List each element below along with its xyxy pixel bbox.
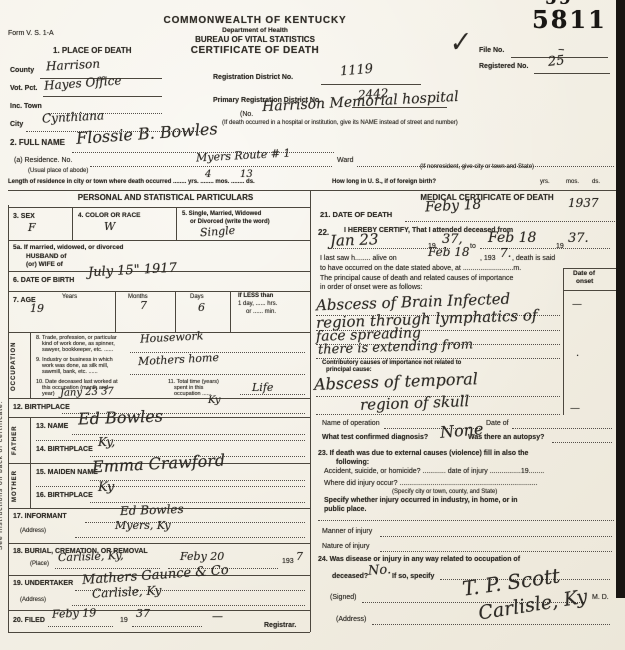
rule [512,428,612,429]
registration-district-label: Registration District No. [213,74,293,81]
header-line3: BUREAU OF VITAL STATISTICS [140,36,370,44]
filed-date-value: Feby 19 [52,607,97,620]
rule [380,551,612,552]
printed-193: , 193 [480,255,496,262]
informant-label: 17. INFORMANT [13,513,67,520]
onset-mark-2: · [576,352,579,362]
filed-label: 20. FILED [13,617,45,624]
mother-name-value: Emma Crawford [92,453,226,476]
birthplace-value: Ky [208,396,220,406]
occurred-line: to have occurred on the date stated abov… [320,265,521,272]
rule [230,291,231,332]
occ11-value: Life [252,382,273,393]
county-label: County [10,67,34,74]
date-of-death-year: 1937 [568,197,599,209]
md-label: M. D. [592,594,609,601]
rule [175,291,176,332]
rule [372,624,610,625]
residence-label: (a) Residence. No. [14,157,72,164]
full-name-value: Flossie B. Bowles [76,121,219,147]
registered-no-value: 25 [547,54,565,69]
serial-stamp: 5811 [532,5,607,34]
abode-note: (Usual place of abode) [28,168,88,174]
header-line2: Department of Health [140,28,370,35]
date-of-death-value: Feby 18 [425,198,482,215]
registrar-label: Registrar. [264,622,296,629]
rule [8,398,310,399]
marital-label-1: 5. Single, Married, Widowed [182,211,261,217]
onset-mark-1: — [572,300,582,310]
hospital-note: (If death occurred in a hospital or inst… [222,120,458,126]
rule [90,166,332,167]
age-days-header: Days [190,294,204,300]
hospital-value: Harrison Memorial hospital [262,90,459,114]
registrar-signature-scribble: — [212,611,223,622]
informant-address-value: Myers, Ky [115,520,171,531]
date-of-onset-label1: Date of [573,271,595,278]
operation-label: Name of operation [322,420,380,427]
rule [8,543,310,544]
filed-19-printed: 19 [120,617,128,624]
voting-precinct-value: Hayes Office [44,74,122,91]
registration-district-value: 1119 [339,63,373,79]
voting-precinct-label: Vot. Pct. [10,85,37,92]
manner-of-injury-label: Manner of injury [322,528,372,535]
ds-label: ds. [592,179,600,185]
yrs-label: yrs. [540,179,550,185]
burial-date-value: Feby 20 [180,551,224,562]
informant-value: Ed Bowles [120,503,184,517]
rule [563,268,616,269]
rule [8,632,310,633]
operation-date-label: Date of [486,420,509,427]
autopsy-label: Was there an autopsy? [468,434,544,441]
county-value: Harrison [46,58,101,73]
rule [72,207,73,240]
father-name-label: 13. NAME [36,423,68,430]
age-less-label1: If LESS than [238,293,273,299]
dob-label: 6. DATE OF BIRTH [13,277,74,284]
city-label: City [10,121,23,128]
father-birthplace-value: Ky, [98,436,115,448]
rule [72,605,305,606]
rule [48,626,113,627]
s23-line2: following: [336,459,369,466]
occupation-band: OCCUPATION [11,336,17,396]
rule [563,290,616,291]
rule [115,291,116,332]
signed-label: (Signed) [330,594,356,601]
age-less-label3: or ...... min. [246,309,276,315]
s23-line3: Accident, suicide, or homicide? ........… [324,468,544,475]
age-days-value: 6 [198,302,205,313]
attended-to-year: 37. [568,232,589,245]
occ10-label3: year) [42,392,55,398]
rule [380,536,612,537]
occ9-value: Mothers home [138,352,219,367]
rule [310,190,311,632]
to-label: to [470,243,476,250]
rule [176,207,177,240]
margin-note: See instructions on back of certificate. [0,340,4,610]
mother-name-label: 15. MAIDEN NAME [36,469,98,476]
rule [90,480,305,481]
rule [405,221,615,222]
last-saw-label: I last saw h........ alive on [320,255,397,262]
age-years-header: Years [62,294,77,300]
place-of-death-title: 1. PLACE OF DEATH [53,47,132,55]
burial-place-note: (Place) [30,561,49,567]
s5a-line2: HUSBAND of [26,254,66,261]
attended-to-value: Feb 18 [488,231,536,245]
rule [36,440,305,441]
rule [8,205,9,632]
rule [8,240,310,241]
color-race-value: W [104,221,115,232]
dob-value: July 15" 1917 [88,262,178,280]
sex-value: F [28,222,36,233]
age-less-label2: 1 day, ...... hrs. [238,301,277,307]
nature-of-injury-label: Nature of injury [322,543,369,550]
file-no-label: File No. [479,47,504,54]
undertaker-label: 19. UNDERTAKER [13,580,73,587]
onset-mark-3: — [570,404,580,414]
rule [318,520,614,521]
s24-no-value: No. [368,563,392,578]
s23-line6: Specify whether injury occurred in indus… [324,497,518,504]
left-column-title: PERSONAL AND STATISTICAL PARTICULARS [28,194,303,202]
age-months-value: 7 [140,300,147,311]
mother-birthplace-label: 16. BIRTHPLACE [36,492,93,499]
full-name-label: 2. FULL NAME [10,139,65,147]
s24-line1: 24. Was disease or injury in any way rel… [318,556,520,563]
rule [8,291,310,292]
s24-specify-label: If so, specify [392,573,434,580]
rule [8,207,310,208]
rule [552,442,612,443]
checkmark: ✓ [446,28,472,57]
s23-line5: (Specify city or town, county, and State… [392,489,497,495]
test-label: What test confirmed diagnosis? [322,434,428,441]
undertaker-address-value: Carlisle, Ky [92,584,162,600]
contributory-value1: Abscess of temporal [314,371,478,393]
cause-line4: there is extending from [318,338,473,356]
header-line1: COMMONWEALTH OF KENTUCKY [140,16,370,26]
burial-place-value: Carlisle, Ky, [58,550,124,563]
attended-from-value: Jan 23 [330,232,379,249]
last-saw-year: 7. [500,247,511,259]
registered-no-label: Registered No. [479,63,528,70]
undertaker-address-label: (Address) [20,597,46,603]
rule [8,190,616,191]
rule [316,414,560,415]
mother-birthplace-value: Ky [98,481,114,494]
rule [30,417,31,463]
inc-town-label: Inc. Town [10,103,42,110]
city-value: Cynthiana [42,109,105,124]
informant-address-label: (Address) [20,528,46,534]
occ11-label3: occupation ...... [174,392,211,398]
no-label: (No. [240,111,253,118]
contributory-label1: Contributory causes of importance not re… [322,360,461,366]
scan-edge-bar [616,0,625,598]
father-band: FATHER [12,420,18,460]
ward-label: Ward [337,157,353,164]
last-saw-value: Feb 18 [428,246,470,258]
length-of-residence-label: Length of residence in city or town wher… [8,179,255,185]
birthplace-label: 12. BIRTHPLACE [13,404,70,411]
occ8-value: Housework [140,330,204,344]
rule [90,502,305,503]
s24-deceased-label: deceased? [332,573,368,580]
length-ds-value: 13 [240,170,253,180]
rule [240,394,305,395]
rule [130,374,305,375]
length-mos-value: 4 [205,170,211,180]
color-race-label: 4. COLOR OR RACE [78,213,140,220]
rule [43,96,162,97]
form-number: Form V. S. 1-A [8,30,54,37]
burial-year-printed: 193 [282,558,294,565]
rule [321,84,421,85]
rule [316,358,560,359]
principal-cause-line1: The principal cause of death and related… [320,275,513,282]
death-is-said-text: , death is said [512,255,555,262]
mos-label: mos. [566,179,579,185]
date-of-onset-label2: onset [576,279,593,286]
rule [132,626,202,627]
rule [30,463,31,508]
s23-line1: 23. If death was due to external causes … [318,450,528,457]
rule [36,486,305,487]
signature-address-label: (Address) [336,616,366,623]
marital-value: Single [200,225,236,238]
sex-label: 3. SEX [13,213,35,220]
rule [30,332,31,398]
date-of-death-label: 21. DATE OF DEATH [320,211,392,219]
father-birthplace-label: 14. BIRTHPLACE [36,446,93,453]
occ9-label3: sawmill, bank, etc. ...... [42,370,98,376]
residence-value: Myers Route # 1 [196,148,291,164]
rule [75,537,305,538]
header-line4: CERTIFICATE OF DEATH [140,46,370,56]
s5a-line3: (or) WIFE of [26,262,63,269]
how-long-us-label: How long in U. S., if of foreign birth? [332,179,436,185]
burial-year-value: 7 [296,551,303,562]
filed-year-value: 37 [136,608,150,619]
ward-note: (If nonresident, give city or town and S… [420,164,534,170]
item-22: 22. [318,229,329,237]
contributory-value2: region of skull [360,394,470,413]
principal-cause-line2: in order of onset were as follows: [320,284,422,291]
occ8-label3: sawyer, bookkeeper, etc. ...... [42,348,113,354]
father-name-value: Ed Bowles [78,409,163,428]
s23-line4: Where did injury occur? ................… [324,480,538,487]
s23-line7: public place. [324,506,366,513]
death-certificate-scan: 59 5811 ✓ See instructions on back of ce… [0,0,625,650]
mother-band: MOTHER [12,466,18,506]
s5a-line1: 5a. If married, widowed, or divorced [13,245,124,252]
age-years-value: 19 [30,303,44,314]
rule [534,73,610,74]
